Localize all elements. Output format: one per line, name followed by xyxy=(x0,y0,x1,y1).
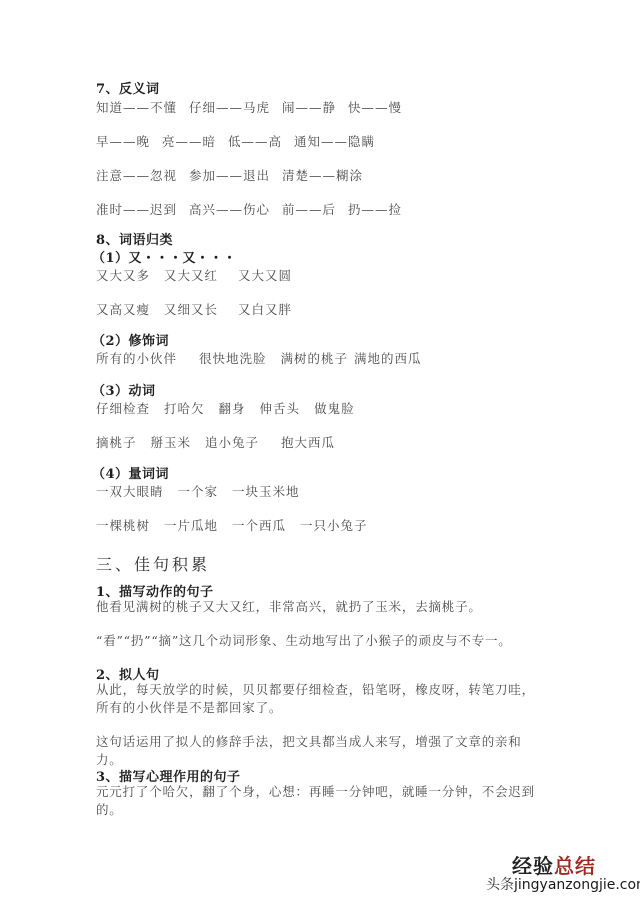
section-7-title: 7、反义词 xyxy=(96,78,160,97)
part-3-title: 三、佳句积累 xyxy=(96,552,210,575)
word-item: 抱大西瓜 xyxy=(281,433,335,451)
antonym-pair: 仔细——马虎 xyxy=(189,98,270,116)
group-4-row-1: 一双大眼睛一个家一块玉米地 xyxy=(96,482,314,500)
group-3-row-2: 摘桃子掰玉米追小兔子抱大西瓜 xyxy=(96,433,349,451)
group-1-title: （1）又・・・又・・・ xyxy=(92,247,237,266)
group-4-title: （4）量词词 xyxy=(92,463,169,482)
group-1-row-1: 又大又多又大又红又大又圆 xyxy=(96,266,306,284)
item-2-comment: 这句话运用了拟人的修辞手法，把文具都当成人来写，增强了文章的亲和力。 xyxy=(96,733,536,769)
word-item: 一个西瓜 xyxy=(232,516,286,534)
word-item: 做鬼脸 xyxy=(314,399,355,417)
word-item: 一双大眼睛 xyxy=(96,482,164,500)
antonym-pair: 亮——暗 xyxy=(162,132,216,150)
word-item: 又高又瘦 xyxy=(96,300,150,318)
antonym-pair: 高兴——伤心 xyxy=(189,200,270,218)
word-item: 又大又红 xyxy=(164,266,218,284)
antonym-pair: 闹——静 xyxy=(282,98,336,116)
word-item: 伸舌头 xyxy=(260,399,301,417)
antonym-pair: 扔——捡 xyxy=(348,200,402,218)
group-3-title: （3）动词 xyxy=(92,380,156,399)
word-item: 一块玉米地 xyxy=(232,482,300,500)
word-item: 又白又胖 xyxy=(238,300,292,318)
group-3-row-1: 仔细检查打哈欠翻身伸舌头做鬼脸 xyxy=(96,399,369,417)
item-1-sentence: 他看见满树的桃子又大又红，非常高兴，就扔了玉米，去摘桃子。 xyxy=(96,598,536,616)
watermark-url[interactable]: jingyanzongjie.com xyxy=(514,877,640,893)
antonym-pair: 参加——退出 xyxy=(189,166,270,184)
word-item: 所有的小伙伴 xyxy=(96,349,177,367)
word-item: 一只小兔子 xyxy=(300,516,368,534)
antonym-pair: 注意——忽视 xyxy=(96,166,177,184)
antonym-pair: 快——慢 xyxy=(348,98,402,116)
item-1-comment: “看”“扔”“摘”这几个动词形象、生动地写出了小猴子的顽皮与不专一。 xyxy=(96,632,536,650)
group-1-row-2: 又高又瘦又细又长又白又胖 xyxy=(96,300,306,318)
watermark-prefix: 头条 xyxy=(486,877,514,893)
antonym-row-4: 准时——迟到高兴——伤心前——后扔——捡 xyxy=(96,200,414,218)
group-2-row-1: 所有的小伙伴很快地洗脸满树的桃子满地的西瓜 xyxy=(96,349,436,367)
word-item: 一片瓜地 xyxy=(164,516,218,534)
word-item: 翻身 xyxy=(219,399,246,417)
group-4-row-2: 一棵桃树一片瓜地一个西瓜一只小兔子 xyxy=(96,516,382,534)
group-2-title: （2）修饰词 xyxy=(92,330,169,349)
item-2-sentence: 从此，每天放学的时候，贝贝都要仔细检查，铅笔呀，橡皮呀，转笔刀哇，所有的小伙伴是… xyxy=(96,681,536,717)
word-item: 又大又圆 xyxy=(238,266,292,284)
antonym-pair: 低——高 xyxy=(228,132,282,150)
antonym-pair: 早——晚 xyxy=(96,132,150,150)
word-item: 又细又长 xyxy=(164,300,218,318)
antonym-row-2: 早——晚亮——暗低——高通知——隐瞒 xyxy=(96,132,387,150)
antonym-pair: 前——后 xyxy=(282,200,336,218)
watermark-url-line: 头条jingyanzongjie.com xyxy=(486,874,640,894)
word-item: 追小兔子 xyxy=(205,433,259,451)
antonym-pair: 知道——不懂 xyxy=(96,98,177,116)
antonym-row-3: 注意——忽视参加——退出清楚——糊涂 xyxy=(96,166,375,184)
antonym-row-1: 知道——不懂仔细——马虎闹——静快——慢 xyxy=(96,98,414,116)
watermark: 经验总结 头条jingyanzongjie.com xyxy=(486,850,636,902)
word-item: 一棵桃树 xyxy=(96,516,150,534)
antonym-pair: 通知——隐瞒 xyxy=(294,132,375,150)
word-item: 满地的西瓜 xyxy=(354,349,422,367)
word-item: 很快地洗脸 xyxy=(199,349,267,367)
word-item: 满树的桃子 xyxy=(281,349,349,367)
section-8-title: 8、词语归类 xyxy=(96,229,173,248)
antonym-pair: 准时——迟到 xyxy=(96,200,177,218)
word-item: 掰玉米 xyxy=(151,433,192,451)
word-item: 仔细检查 xyxy=(96,399,150,417)
word-item: 打哈欠 xyxy=(164,399,205,417)
item-3-sentence: 元元打了个哈欠，翻了个身，心想：再睡一分钟吧，就睡一分钟，不会迟到的。 xyxy=(96,783,536,819)
word-item: 又大又多 xyxy=(96,266,150,284)
word-item: 摘桃子 xyxy=(96,433,137,451)
antonym-pair: 清楚——糊涂 xyxy=(282,166,363,184)
word-item: 一个家 xyxy=(178,482,219,500)
